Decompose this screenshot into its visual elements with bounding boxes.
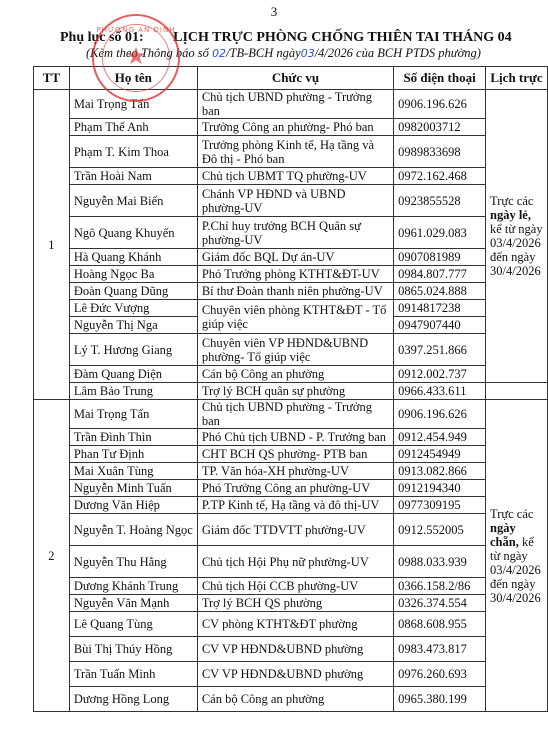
member-name: Bùi Thị Thúy Hồng [69, 637, 197, 662]
member-role: CV VP HĐND&UBND phường [197, 662, 393, 687]
member-phone: 0989833698 [394, 136, 486, 168]
member-role: CV VP HĐND&UBND phường [197, 637, 393, 662]
table-row: Dương Văn HiệpP.TP Kinh tế, Hạ tầng và đ… [34, 497, 548, 514]
member-name: Phạm T. Kim Thoa [69, 136, 197, 168]
duty-schedule: Trực các ngày chẵn, kể từ ngày 03/4/2026… [486, 400, 548, 712]
table-row: Hoàng Ngọc BaPhó Trưởng phòng KTHT&ĐT-UV… [34, 266, 548, 283]
member-name: Dương Văn Hiệp [69, 497, 197, 514]
member-role: Trưởng phòng Kinh tế, Hạ tầng và Đô thị … [197, 136, 393, 168]
subtitle-suffix: /4/2026 của BCH PTDS phường) [315, 46, 481, 60]
member-name: Phan Tư Định [69, 446, 197, 463]
duty-day-type: ngày chẵn, [490, 521, 519, 549]
member-phone: 0961.029.083 [394, 217, 486, 249]
member-name: Nguyễn Thu Hằng [69, 546, 197, 578]
table-row: 2Mai Trọng TấnChủ tịch UBND phường - Trư… [34, 400, 548, 429]
member-phone: 0982003712 [394, 119, 486, 136]
table-body: 1Mai Trọng TấnChủ tịch UBND phường - Trư… [34, 90, 548, 712]
member-phone: 0907081989 [394, 249, 486, 266]
member-name: Nguyễn T. Hoàng Ngọc [69, 514, 197, 546]
member-name: Mai Trọng Tấn [69, 400, 197, 429]
member-role: P.Chỉ huy trưởng BCH Quân sự phường-UV [197, 217, 393, 249]
column-header-name: Họ tên [69, 67, 197, 90]
member-role: CHT BCH QS phường- PTB ban [197, 446, 393, 463]
member-role: Chủ tịch UBND phường - Trưởng ban [197, 90, 393, 119]
document-subtitle: (Kèm theo Thông báo số 02/TB-BCH ngày03/… [86, 46, 546, 61]
member-role: Chánh VP HĐND và UBND phường-UV [197, 185, 393, 217]
column-header-tt: TT [34, 67, 70, 90]
member-phone: 0914817238 [394, 300, 486, 317]
table-row: Ngô Quang KhuyếnP.Chỉ huy trưởng BCH Quâ… [34, 217, 548, 249]
member-name: Hoàng Ngọc Ba [69, 266, 197, 283]
member-phone: 0965.380.199 [394, 687, 486, 712]
member-phone: 0947907440 [394, 317, 486, 334]
document-title: LỊCH TRỰC PHÒNG CHỐNG THIÊN TAI THÁNG 04 [173, 30, 512, 45]
table-row: Lý T. Hương GiangChuyên viên VP HĐND&UBN… [34, 334, 548, 366]
member-role: Chủ tịch UBMT TQ phường-UV [197, 168, 393, 185]
duty-day-type: ngày lẻ, [490, 208, 531, 222]
duty-schedule: Trực các ngày lẻ, kể từ ngày 03/4/2026 đ… [486, 90, 548, 383]
table-row: Mai Xuân Tùng TP. Văn hóa-XH phường-UV09… [34, 463, 548, 480]
member-name: Đoàn Quang Dũng [69, 283, 197, 300]
duty-text-start: Trực các [490, 194, 533, 208]
table-row: Lê Đức VượngChuyên viên phòng KTHT&ĐT - … [34, 300, 548, 317]
member-role: TP. Văn hóa-XH phường-UV [197, 463, 393, 480]
member-phone: 0906.196.626 [394, 90, 486, 119]
member-name: Nguyễn Minh Tuấn [69, 480, 197, 497]
member-role: Chủ tịch Hội CCB phường-UV [197, 578, 393, 595]
member-role: Phó Trưởng Công an phường-UV [197, 480, 393, 497]
member-role: Chủ tịch UBND phường - Trưởng ban [197, 400, 393, 429]
table-row: Bùi Thị Thúy HồngCV VP HĐND&UBND phường0… [34, 637, 548, 662]
member-phone: 0906.196.626 [394, 400, 486, 429]
member-role: Trợ lý BCH QS phường [197, 595, 393, 612]
member-phone: 0913.082.866 [394, 463, 486, 480]
member-role: Chuyên viên phòng KTHT&ĐT - Tổ giúp việc [197, 300, 393, 334]
member-name: Trần Tuấn Minh [69, 662, 197, 687]
member-name: Lý T. Hương Giang [69, 334, 197, 366]
table-row: Nguyễn T. Hoàng NgọcGiám đốc TTDVTT phườ… [34, 514, 548, 546]
table-row: Trần Đình ThìnPhó Chủ tịch UBND - P. Trư… [34, 429, 548, 446]
member-name: Nguyễn Văn Mạnh [69, 595, 197, 612]
member-role: Giám đốc BQL Dự án-UV [197, 249, 393, 266]
member-phone: 0912454949 [394, 446, 486, 463]
table-row: Lê Quang TùngCV phòng KTHT&ĐT phường0868… [34, 612, 548, 637]
member-role: Chuyên viên VP HĐND&UBND phường- Tổ giúp… [197, 334, 393, 366]
member-role: Cán bộ Công an phường [197, 366, 393, 383]
member-name: Hà Quang Khánh [69, 249, 197, 266]
table-row: Dương Hồng LongCán bộ Công an phường0965… [34, 687, 548, 712]
table-row: Phạm T. Kim ThoaTrưởng phòng Kinh tế, Hạ… [34, 136, 548, 168]
member-role: Giám đốc TTDVTT phường-UV [197, 514, 393, 546]
table-row: Phan Tư ĐịnhCHT BCH QS phường- PTB ban09… [34, 446, 548, 463]
member-phone: 0923855528 [394, 185, 486, 217]
member-phone: 0326.374.554 [394, 595, 486, 612]
member-phone: 0984.807.777 [394, 266, 486, 283]
member-role: Phó Trưởng phòng KTHT&ĐT-UV [197, 266, 393, 283]
group-number: 2 [34, 400, 70, 712]
duty-date-range: kể từ ngày 03/4/2026 đến ngày 30/4/2026 [490, 222, 543, 278]
member-phone: 0912.454.949 [394, 429, 486, 446]
member-name: Dương Hồng Long [69, 687, 197, 712]
member-name: Mai Xuân Tùng [69, 463, 197, 480]
member-role: Trưởng Công an phường- Phó ban [197, 119, 393, 136]
member-phone: 0966.433.611 [394, 383, 486, 400]
table-row: 1Mai Trọng TấnChủ tịch UBND phường - Trư… [34, 90, 548, 119]
member-phone: 0397.251.866 [394, 334, 486, 366]
member-name: Lê Quang Tùng [69, 612, 197, 637]
table-row: Nguyễn Minh TuấnPhó Trưởng Công an phườn… [34, 480, 548, 497]
table-row: Trần Hoài NamChủ tịch UBMT TQ phường-UV0… [34, 168, 548, 185]
column-header-phone: Số điện thoại [394, 67, 486, 90]
member-phone: 0972.162.468 [394, 168, 486, 185]
column-header-role: Chức vụ [197, 67, 393, 90]
member-name: Nguyễn Thị Nga [69, 317, 197, 334]
notice-number: 02 [212, 47, 226, 60]
member-name: Lâm Bảo Trung [69, 383, 197, 400]
member-name: Nguyễn Mai Biển [69, 185, 197, 217]
member-role: Cán bộ Công an phường [197, 687, 393, 712]
member-name: Đàm Quang Diện [69, 366, 197, 383]
member-phone: 0912.552005 [394, 514, 486, 546]
table-row: Phạm Thế AnhTrưởng Công an phường- Phó b… [34, 119, 548, 136]
duty-schedule-table: TT Họ tên Chức vụ Số điện thoại Lịch trự… [33, 66, 548, 712]
member-name: Trần Hoài Nam [69, 168, 197, 185]
appendix-label: Phụ lục số 01: [60, 30, 144, 45]
member-role: CV phòng KTHT&ĐT phường [197, 612, 393, 637]
page-number: 3 [0, 4, 548, 20]
table-header-row: TT Họ tên Chức vụ Số điện thoại Lịch trự… [34, 67, 548, 90]
table-row: Trần Tuấn MinhCV VP HĐND&UBND phường0976… [34, 662, 548, 687]
notice-day: 03 [301, 47, 315, 60]
duty-text-start: Trực các [490, 507, 533, 521]
table-row: Đàm Quang DiệnCán bộ Công an phường0912.… [34, 366, 548, 383]
member-phone: 0983.473.817 [394, 637, 486, 662]
member-phone: 0977309195 [394, 497, 486, 514]
subtitle-prefix: (Kèm theo Thông báo số [86, 46, 212, 60]
member-role: P.TP Kinh tế, Hạ tầng và đô thị-UV [197, 497, 393, 514]
duty-schedule [486, 383, 548, 400]
member-phone: 0976.260.693 [394, 662, 486, 687]
member-name: Lê Đức Vượng [69, 300, 197, 317]
member-name: Dương Khánh Trung [69, 578, 197, 595]
member-name: Phạm Thế Anh [69, 119, 197, 136]
member-name: Trần Đình Thìn [69, 429, 197, 446]
table-row: Lâm Bảo TrungTrợ lý BCH quân sự phường09… [34, 383, 548, 400]
group-number: 1 [34, 90, 70, 400]
member-name: Ngô Quang Khuyến [69, 217, 197, 249]
member-phone: 0366.158.2/86 [394, 578, 486, 595]
member-phone: 0865.024.888 [394, 283, 486, 300]
document-title-line: Phụ lục số 01: LỊCH TRỰC PHÒNG CHỐNG THI… [60, 30, 540, 46]
table-row: Nguyễn Thu HằngChủ tịch Hội Phụ nữ phườn… [34, 546, 548, 578]
member-role: Bí thư Đoàn thanh niên phường-UV [197, 283, 393, 300]
member-phone: 0912194340 [394, 480, 486, 497]
table-row: Nguyễn Văn MạnhTrợ lý BCH QS phường0326.… [34, 595, 548, 612]
member-role: Phó Chủ tịch UBND - P. Trưởng ban [197, 429, 393, 446]
table-row: Nguyễn Mai BiểnChánh VP HĐND và UBND phư… [34, 185, 548, 217]
subtitle-middle: /TB-BCH ngày [226, 46, 301, 60]
table-row: Dương Khánh TrungChủ tịch Hội CCB phường… [34, 578, 548, 595]
member-phone: 0868.608.955 [394, 612, 486, 637]
member-phone: 0912.002.737 [394, 366, 486, 383]
member-role: Chủ tịch Hội Phụ nữ phường-UV [197, 546, 393, 578]
member-phone: 0988.033.939 [394, 546, 486, 578]
table-row: Hà Quang KhánhGiám đốc BQL Dự án-UV09070… [34, 249, 548, 266]
table-row: Đoàn Quang DũngBí thư Đoàn thanh niên ph… [34, 283, 548, 300]
member-name: Mai Trọng Tấn [69, 90, 197, 119]
member-role: Trợ lý BCH quân sự phường [197, 383, 393, 400]
column-header-duty: Lịch trực [486, 67, 548, 90]
